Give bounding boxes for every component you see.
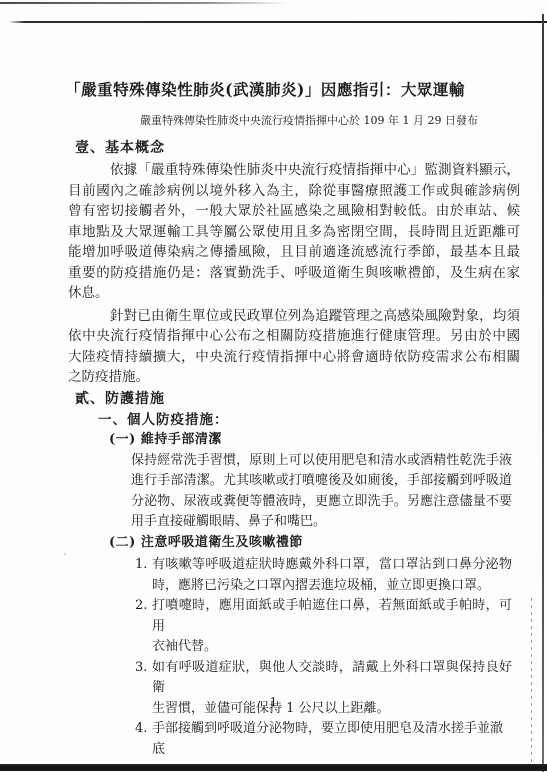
item-number: 2. <box>135 596 152 658</box>
section-heading-2: 貳、防護措施 <box>75 389 547 409</box>
scan-artifact-bottom-band <box>0 764 547 771</box>
item-text: 有咳嗽等呼吸道症狀時應戴外科口罩，當口罩沾到口鼻分泌物時，應將已污染之口罩內摺丟… <box>152 555 512 596</box>
item-number: 3. <box>135 658 152 720</box>
text-line: 目前國內之確診病例以境外移入為主，除從事醫療照護工作或與確診病例 <box>68 181 520 202</box>
text-line: 有咳嗽等呼吸道症狀時應戴外科口罩，當口罩沾到口鼻分泌物 <box>152 555 512 576</box>
text-line: 重要的防疫措施仍是：落實勤洗手、呼吸道衛生與咳嗽禮節，及生病在家 <box>68 263 520 284</box>
list-item: 2.打噴嚏時，應用面紙或手帕遮住口鼻，若無面紙或手帕時，可用衣袖代替。 <box>135 596 512 658</box>
item-number: 4. <box>135 719 152 760</box>
document-title: 「嚴重特殊傳染性肺炎(武漢肺炎)」因應指引：大眾運輸 <box>0 78 530 102</box>
text-line: 分泌物、尿液或糞便等體液時，更應立即洗手。另應注意儘量不要 <box>131 492 512 513</box>
subsubsection-heading-respiratory-etiquette: (二) 注意呼吸道衛生及咳嗽禮節 <box>109 533 547 554</box>
list-item: 3.如有呼吸道症狀，與他人交談時，請戴上外科口罩與保持良好衛生習慣，並儘可能保持… <box>135 658 512 720</box>
list-item: 4.手部接觸到呼吸道分泌物時，要立即使用肥皂及清水搓手並澈底 <box>135 719 512 760</box>
text-line: 進行手部清潔。尤其咳嗽或打噴嚏後及如廁後，手部接觸到呼吸道 <box>131 471 512 492</box>
text-line: 依中央流行疫情指揮中心公布之相關防疫措施進行健康管理。另由於中國 <box>68 326 520 347</box>
paragraph-basic-concept-1: 依據「嚴重特殊傳染性肺炎中央流行疫情指揮中心」監測資料顯示，目前國內之確診病例以… <box>68 160 520 304</box>
section-heading-1: 壹、基本概念 <box>75 138 547 158</box>
list-item: 1.有咳嗽等呼吸道症狀時應戴外科口罩，當口罩沾到口鼻分泌物時，應將已污染之口罩內… <box>135 555 512 596</box>
item-text: 手部接觸到呼吸道分泌物時，要立即使用肥皂及清水搓手並澈底 <box>152 719 512 760</box>
text-line: 時，應將已污染之口罩內摺丟進垃圾桶，並立即更換口罩。 <box>152 576 512 597</box>
text-line: 能增加呼吸道傳染病之傳播風險，且目前適逢流感流行季節，最基本且最 <box>68 242 520 263</box>
text-line: 大陸疫情持續擴大，中央流行疫情指揮中心將會適時依防疫需求公布相關 <box>68 347 520 368</box>
text-line: 保持經常洗手習慣，原則上可以使用肥皂和清水或酒精性乾洗手液 <box>131 451 512 472</box>
page-number: 1 <box>0 695 547 709</box>
text-line: 用手直接碰觸眼睛、鼻子和嘴巴。 <box>131 512 512 533</box>
text-line: 手部接觸到呼吸道分泌物時，要立即使用肥皂及清水搓手並澈底 <box>152 719 512 760</box>
subsubsection-heading-hand-hygiene: (一) 維持手部清潔 <box>109 430 547 451</box>
text-line: 依據「嚴重特殊傳染性肺炎中央流行疫情指揮中心」監測資料顯示， <box>68 160 520 181</box>
text-line: 休息。 <box>68 283 520 304</box>
paragraph-basic-concept-2: 針對已由衛生單位或民政單位列為追蹤管理之高感染風險對象，均須依中央流行疫情指揮中… <box>68 306 520 388</box>
numbered-list-respiratory-etiquette: 1.有咳嗽等呼吸道症狀時應戴外科口罩，當口罩沾到口鼻分泌物時，應將已污染之口罩內… <box>135 555 512 760</box>
item-number: 1. <box>135 555 152 596</box>
text-line: 之防疫措施。 <box>68 367 520 388</box>
paragraph-hand-hygiene: 保持經常洗手習慣，原則上可以使用肥皂和清水或酒精性乾洗手液進行手部清潔。尤其咳嗽… <box>131 451 512 533</box>
text-line: 衣袖代替。 <box>152 637 512 658</box>
text-line: 打噴嚏時，應用面紙或手帕遮住口鼻，若無面紙或手帕時，可用 <box>152 596 512 637</box>
text-line: 針對已由衛生單位或民政單位列為追蹤管理之高感染風險對象，均須 <box>68 306 520 327</box>
item-text: 如有呼吸道症狀，與他人交談時，請戴上外科口罩與保持良好衛生習慣，並儘可能保持 1… <box>152 658 512 720</box>
subsection-heading-personal-measures: 一、個人防疫措施： <box>98 410 547 431</box>
scanned-document-page: 「嚴重特殊傳染性肺炎(武漢肺炎)」因應指引：大眾運輸 嚴重特殊傳染性肺炎中央流行… <box>0 0 547 772</box>
item-text: 打噴嚏時，應用面紙或手帕遮住口鼻，若無面紙或手帕時，可用衣袖代替。 <box>152 596 512 658</box>
text-line: 車地點及大眾運輸工具等屬公眾使用且多為密閉空間，長時間且近距離可 <box>68 222 520 243</box>
document-body: 「嚴重特殊傳染性肺炎(武漢肺炎)」因應指引：大眾運輸 嚴重特殊傳染性肺炎中央流行… <box>0 0 547 760</box>
text-line: 如有呼吸道症狀，與他人交談時，請戴上外科口罩與保持良好衛 <box>152 658 512 699</box>
issuer-line: 嚴重特殊傳染性肺炎中央流行疫情指揮中心於 109 年 1 月 29 日發布 <box>0 113 547 129</box>
text-line: 曾有密切接觸者外，一般大眾於社區感染之風險相對較低。由於車站、候 <box>68 201 520 222</box>
